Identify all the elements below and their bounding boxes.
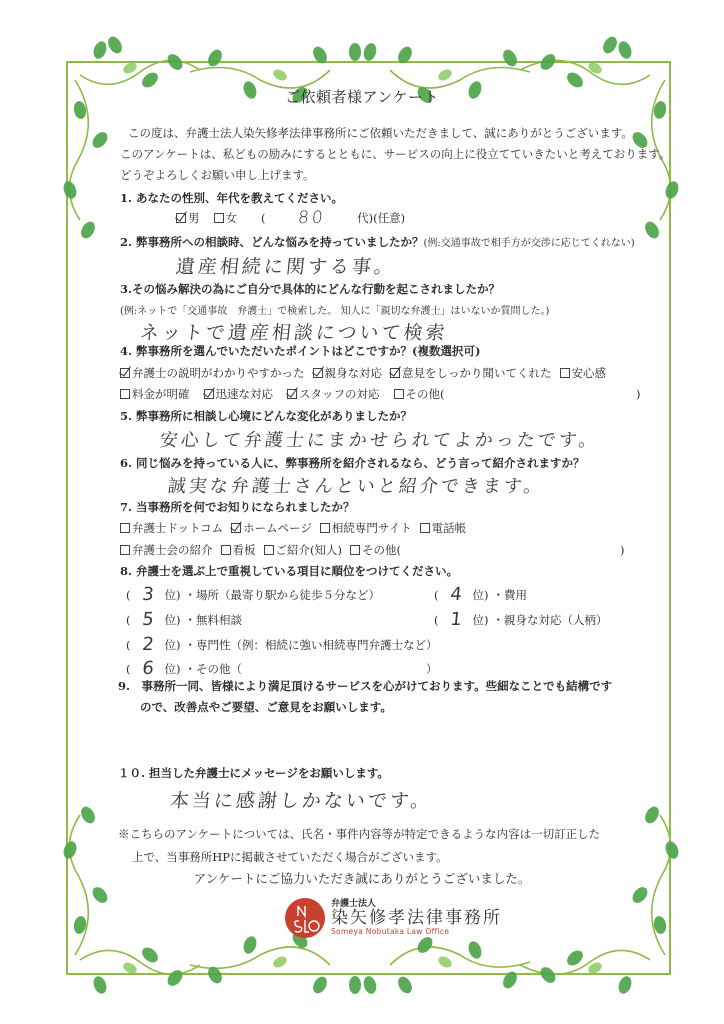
checkbox-checked-icon[interactable] — [231, 523, 241, 533]
q1-answer-row: 男 女 ( 80 代)(任意) — [176, 211, 405, 225]
q9-label-line-2: ので、改善点やご要望、ご意見をお願いします。 — [140, 700, 392, 714]
q4-option-other[interactable]: その他( — [394, 387, 445, 401]
checkbox-empty-icon[interactable] — [394, 389, 404, 399]
law-office-logo: 弁護士法人 染矢修孝法律事務所 Someya Nobutaka Law Offi… — [285, 898, 502, 938]
q7-option-phone-book[interactable]: 電話帳 — [420, 521, 467, 535]
rank-value[interactable]: 4 — [437, 584, 473, 605]
q7-label: 7. 当事務所を何でお知りになられましたか？ — [120, 500, 355, 514]
footer-note-line-1: ※こちらのアンケートについては、氏名・事件内容等が特定できるような内容は一切訂正… — [118, 827, 600, 841]
q4-option-staff[interactable]: スタッフの対応 — [287, 387, 380, 401]
q4-option-reassurance[interactable]: 安心感 — [560, 366, 607, 380]
intro-line-2: このアンケートは、私どもの励みにするとともに、サービスの向上に役立てていきたいと… — [120, 147, 670, 161]
checkbox-checked-icon[interactable] — [287, 389, 297, 399]
q4-label: 4. 弊事務所を選んでいただいたポイントはどこですか？(複数選択可) — [120, 344, 480, 358]
rank-value[interactable]: 6 — [129, 658, 165, 679]
checkbox-checked-icon[interactable] — [176, 213, 186, 223]
rank-value[interactable]: 2 — [129, 634, 165, 655]
q7-option-signboard[interactable]: 看板 — [221, 543, 256, 557]
checkbox-empty-icon[interactable] — [320, 523, 330, 533]
q8-rank-fees: (4位)・費用 — [434, 584, 527, 605]
q1-option-female[interactable]: 女 — [214, 211, 238, 225]
checkbox-empty-icon[interactable] — [120, 389, 130, 399]
logo-text: 弁護士法人 染矢修孝法律事務所 Someya Nobutaka Law Offi… — [331, 900, 502, 937]
q7-option-homepage[interactable]: ホームページ — [231, 521, 312, 535]
checkbox-empty-icon[interactable] — [120, 523, 130, 533]
q7-option-bar-association[interactable]: 弁護士会の紹介 — [120, 543, 213, 557]
checkbox-empty-icon[interactable] — [420, 523, 430, 533]
q8-rank-expertise: (2位)・専門性（例：相続に強い相続専門弁護士など） — [126, 634, 438, 655]
q3-label: 3.その悩み解決の為にご自分で具体的にどんな行動を起こされましたか？ — [120, 282, 500, 296]
rank-value[interactable]: 5 — [129, 609, 165, 630]
q1-age-suffix: 代)(任意) — [357, 211, 405, 225]
logo-mark-icon — [285, 898, 325, 938]
q2-example: (例:交通事故で相手方が交渉に応じてくれない) — [424, 238, 635, 249]
q3-example: (例:ネットで「交通事故 弁護士」で検索した。 知人に「親切な弁護士」はいないか… — [120, 305, 549, 319]
checkbox-empty-icon[interactable] — [264, 545, 274, 555]
q1-label: 1. あなたの性別、年代を教えてください。 — [120, 191, 343, 205]
intro-line-1: この度は、弁護士法人染矢修孝法律事務所にご依頼いただきまして、誠にありがとうござ… — [128, 126, 633, 140]
checkbox-checked-icon[interactable] — [313, 368, 323, 378]
q4-option-quick-response[interactable]: 迅速な対応 — [204, 387, 274, 401]
q1-age-value[interactable]: 80 — [297, 211, 326, 225]
checkbox-empty-icon[interactable] — [560, 368, 570, 378]
q4-options-row-2: 料金が明確 迅速な対応 スタッフの対応 その他( — [120, 387, 445, 401]
q7-option-other[interactable]: その他( — [350, 543, 401, 557]
logo-name: 染矢修孝法律事務所 — [331, 909, 502, 928]
rank-value[interactable]: 1 — [437, 609, 473, 630]
footer-note-line-2: 上で、当事務所HPに掲載させていただく場合がございます。 — [132, 850, 448, 864]
checkbox-empty-icon[interactable] — [221, 545, 231, 555]
logo-english-name: Someya Nobutaka Law Office — [331, 928, 502, 936]
q6-answer[interactable]: 誠実な弁護士さんといと紹介できます。 — [167, 472, 546, 498]
q7-option-bengoshi-dotcom[interactable]: 弁護士ドットコム — [120, 521, 223, 535]
q4-option-listened[interactable]: 意見をしっかり聞いてくれた — [390, 366, 552, 380]
q9-label-line-1: 9. 事務所一同、皆様により満足頂けるサービスを心がけております。些細なことでも… — [118, 679, 612, 693]
q5-answer[interactable]: 安心して弁護士にまかせられてよかったです。 — [159, 426, 601, 452]
q4-option-clear-fees[interactable]: 料金が明確 — [120, 387, 190, 401]
checkbox-empty-icon[interactable] — [120, 545, 130, 555]
q4-option-caring[interactable]: 親身な対応 — [313, 366, 383, 380]
q7-other-close: ) — [620, 543, 625, 557]
q6-label: 6. 同じ悩みを持っている人に、弊事務所を紹介されるなら、どう言って紹介されます… — [120, 456, 585, 470]
q7-option-referral[interactable]: ご紹介(知人) — [264, 543, 342, 557]
checkbox-checked-icon[interactable] — [390, 368, 400, 378]
checkbox-empty-icon[interactable] — [214, 213, 224, 223]
q8-rank-free-consultation: (5位)・無料相談 — [126, 609, 242, 630]
q10-answer[interactable]: 本当に感謝しかないです。 — [169, 786, 434, 813]
q1-option-male[interactable]: 男 — [176, 211, 200, 225]
checkbox-empty-icon[interactable] — [350, 545, 360, 555]
q10-label: １０. 担当した弁護士にメッセージをお願いします。 — [118, 766, 389, 780]
q8-label: 8. 弁護士を選ぶ上で重視している項目に順位をつけてください。 — [120, 564, 458, 578]
q7-options-row-1: 弁護士ドットコム ホームページ 相続専門サイト 電話帳 — [120, 521, 466, 535]
q7-option-inheritance-site[interactable]: 相続専門サイト — [320, 521, 412, 535]
q4-options-row-1: 弁護士の説明がわかりやすかった 親身な対応 意見をしっかり聞いてくれた 安心感 — [120, 366, 606, 380]
q8-rank-location: (3位)・場所（最寄り駅から徒歩５分など） — [126, 584, 380, 605]
rank-value[interactable]: 3 — [129, 584, 165, 605]
q2-answer[interactable]: 遺産相続に関する事。 — [175, 252, 398, 279]
q8-rank-caring: (1位)・親身な対応（人柄） — [434, 609, 608, 630]
checkbox-checked-icon[interactable] — [204, 389, 214, 399]
q5-label: 5. 弊事務所に相談し心境にどんな変化がありましたか？ — [120, 409, 412, 423]
footer-thanks: アンケートにご協力いただき誠にありがとうございました。 — [0, 872, 724, 886]
q2-question: 2. 弊事務所への相談時、どんな悩みを持っていましたか？(例:交通事故で相手方が… — [120, 235, 635, 251]
page-title: ご依頼者様アンケート — [0, 90, 724, 104]
q7-options-row-2: 弁護士会の紹介 看板 ご紹介(知人) その他( — [120, 543, 401, 557]
q2-label: 2. 弊事務所への相談時、どんな悩みを持っていましたか？ — [120, 235, 424, 249]
q4-option-clear-explanation[interactable]: 弁護士の説明がわかりやすかった — [120, 366, 305, 380]
checkbox-checked-icon[interactable] — [120, 368, 130, 378]
intro-line-3: どうぞよろしくお願い申し上げます。 — [120, 168, 315, 182]
q4-other-close: ) — [636, 387, 641, 401]
q3-answer[interactable]: ネットで遺産相談について検索 — [139, 318, 449, 345]
q8-rank-other: (6位)・その他（ ） — [126, 658, 438, 679]
